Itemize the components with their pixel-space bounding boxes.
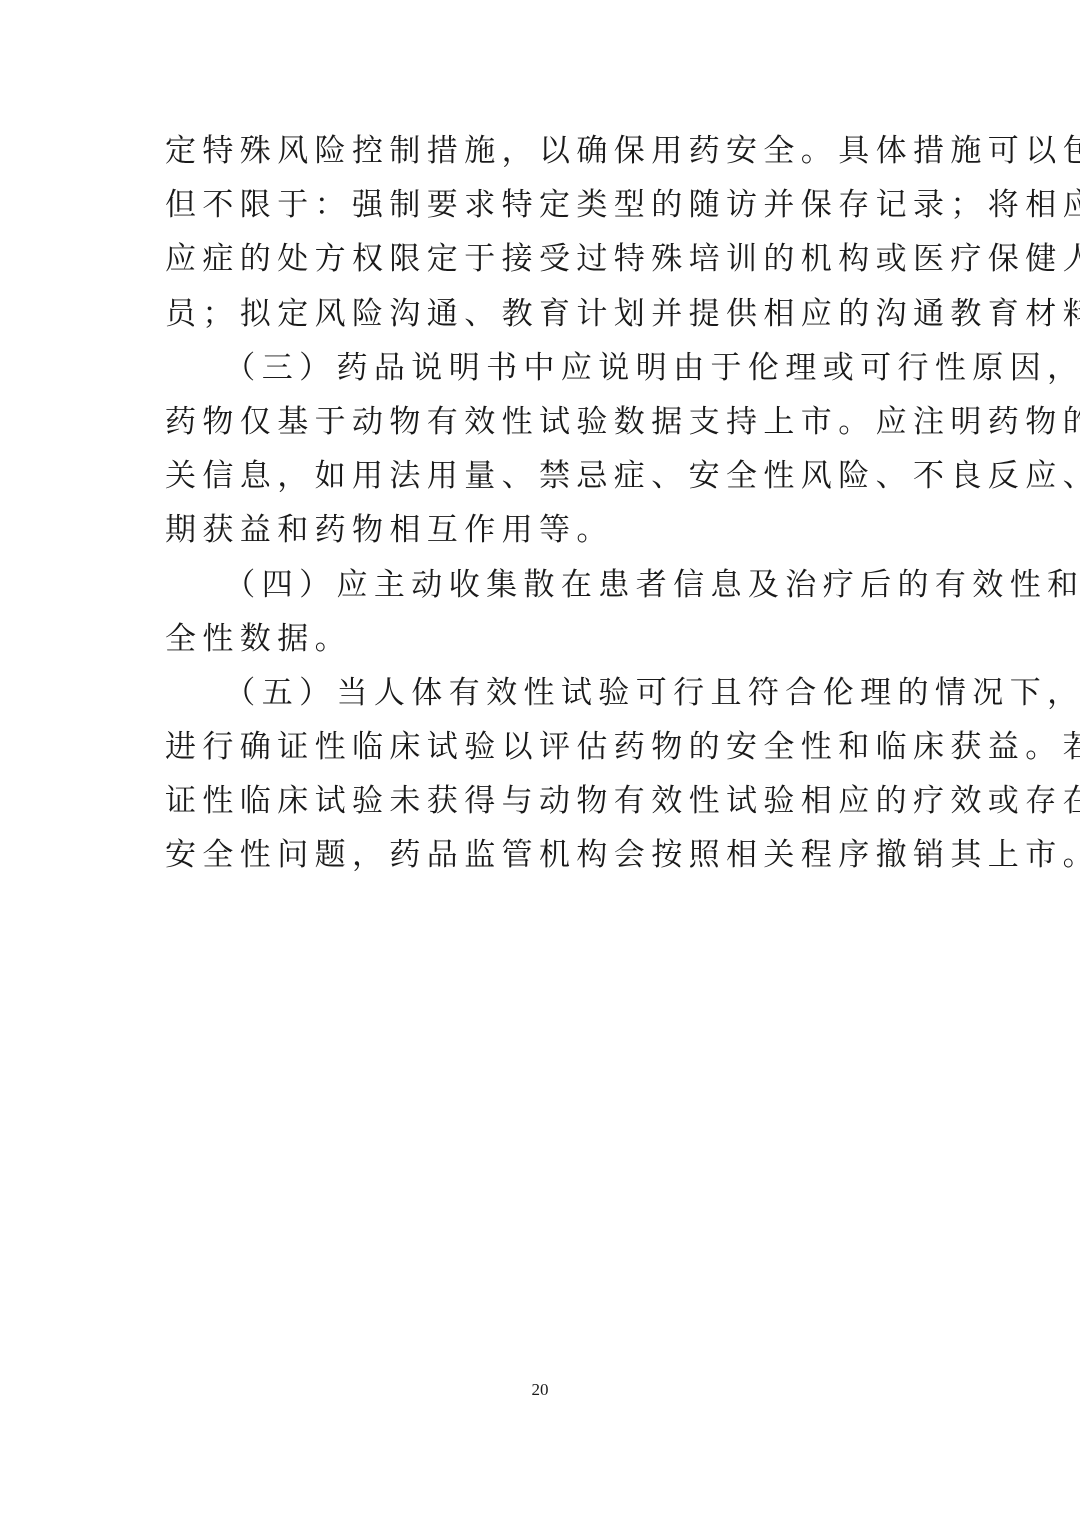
text-line: 关信息，如用法用量、禁忌症、安全性风险、不良反应、预 (165, 449, 917, 503)
document-page: 定特殊风险控制措施，以确保用药安全。具体措施可以包括 但不限于：强制要求特定类型… (0, 0, 1080, 1527)
text-line: 证性临床试验未获得与动物有效性试验相应的疗效或存在 (165, 774, 917, 828)
text-line: 定特殊风险控制措施，以确保用药安全。具体措施可以包括 (165, 124, 917, 178)
text-line: 应症的处方权限定于接受过特殊培训的机构或医疗保健人 (165, 232, 917, 286)
text-line: 员；拟定风险沟通、教育计划并提供相应的沟通教育材料。 (165, 287, 917, 341)
text-line: 药物仅基于动物有效性试验数据支持上市。应注明药物的相 (165, 395, 917, 449)
paragraph-item-5: （五）当人体有效性试验可行且符合伦理的情况下，应 进行确证性临床试验以评估药物的… (165, 666, 917, 883)
page-number: 20 (0, 1380, 1080, 1400)
text-line: 安全性问题，药品监管机构会按照相关程序撤销其上市。 (165, 828, 917, 882)
body-text: 定特殊风险控制措施，以确保用药安全。具体措施可以包括 但不限于：强制要求特定类型… (165, 124, 917, 883)
text-line: （五）当人体有效性试验可行且符合伦理的情况下，应 (165, 666, 917, 720)
text-line: 但不限于：强制要求特定类型的随访并保存记录；将相应适 (165, 178, 917, 232)
text-line: （四）应主动收集散在患者信息及治疗后的有效性和安 (165, 558, 917, 612)
text-line: 进行确证性临床试验以评估药物的安全性和临床获益。若确 (165, 720, 917, 774)
text-line: 全性数据。 (165, 612, 917, 666)
paragraph-continuation: 定特殊风险控制措施，以确保用药安全。具体措施可以包括 但不限于：强制要求特定类型… (165, 124, 917, 341)
text-line: （三）药品说明书中应说明由于伦理或可行性原因，该 (165, 341, 917, 395)
paragraph-item-4: （四）应主动收集散在患者信息及治疗后的有效性和安 全性数据。 (165, 558, 917, 666)
paragraph-item-3: （三）药品说明书中应说明由于伦理或可行性原因，该 药物仅基于动物有效性试验数据支… (165, 341, 917, 558)
text-line: 期获益和药物相互作用等。 (165, 503, 917, 557)
